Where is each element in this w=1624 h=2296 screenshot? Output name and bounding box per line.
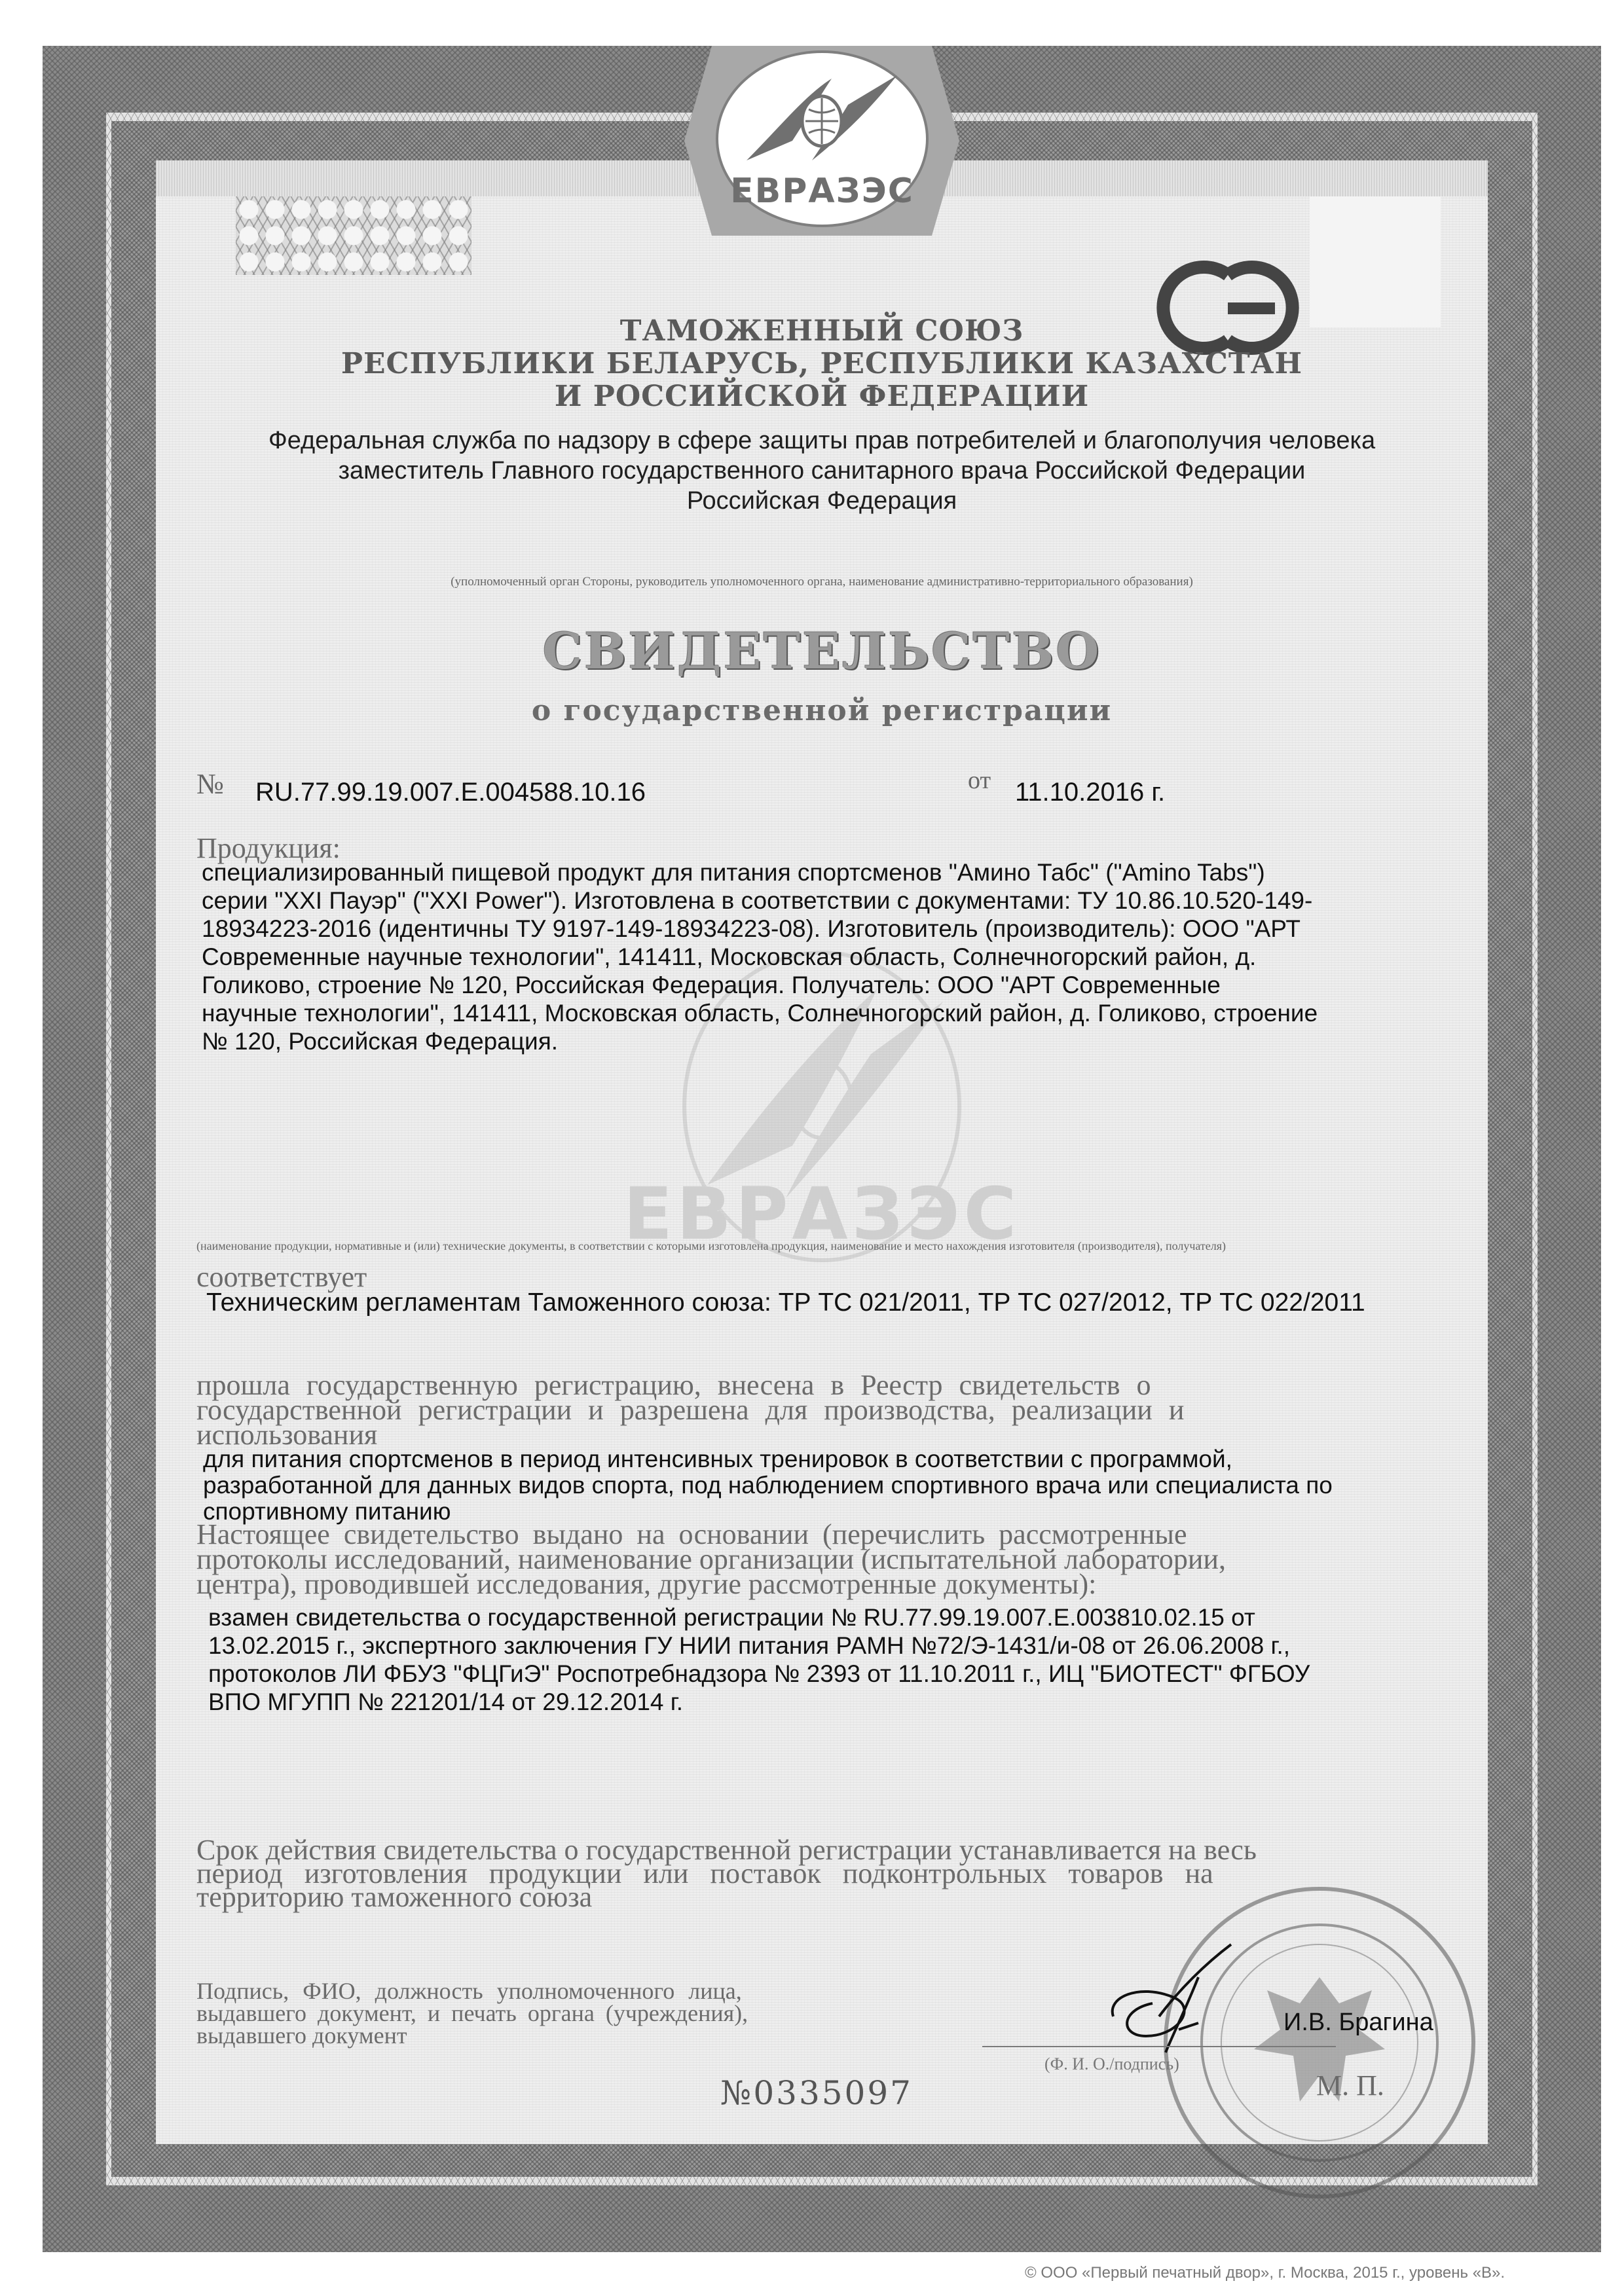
validity-line-3: территорию таможенного союза	[196, 1880, 592, 1914]
registration-date: 11.10.2016 г.	[1015, 778, 1165, 807]
emblem-label: ЕВРАЗЭС	[716, 172, 929, 211]
certificate-title: СВИДЕТЕЛЬСТВО	[156, 622, 1488, 680]
union-title-line-2: РЕСПУБЛИКИ БЕЛАРУСЬ, РЕСПУБЛИКИ КАЗАХСТА…	[156, 347, 1488, 380]
basis-value-line-4: ВПО МГУПП № 221201/14 от 29.12.2014 г.	[208, 1688, 683, 1716]
registration-date-label: от	[968, 766, 991, 795]
security-pattern	[236, 196, 471, 275]
seal-placement-label: М. П.	[1316, 2069, 1384, 2102]
registration-number: RU.77.99.19.007.Е.004588.10.16	[255, 778, 646, 807]
fio-caption: (Ф. И. О./подпись)	[1044, 2054, 1179, 2074]
basis-value-line-2: 13.02.2015 г., экспертного заключения ГУ…	[208, 1632, 1290, 1660]
product-line-5: Голиково, строение № 120, Российская Фед…	[202, 972, 1221, 999]
usage-line-1: для питания спортсменов в период интенси…	[203, 1446, 1232, 1473]
signature-line	[982, 2046, 1336, 2047]
form-serial-number: №0335097	[720, 2074, 913, 2112]
product-line-7: № 120, Российская Федерация.	[202, 1028, 558, 1055]
product-line-1: специализированный пищевой продукт для п…	[202, 859, 1265, 886]
authority-line-2: заместитель Главного государственного са…	[156, 457, 1488, 485]
product-line-4: Современные научные технологии", 141411,…	[202, 943, 1256, 971]
authority-line-1: Федеральная служба по надзору в сфере за…	[156, 427, 1488, 455]
basis-value-line-1: взамен свидетельства о государственной р…	[208, 1604, 1255, 1631]
basis-line-3: центра), проводившей исследования, други…	[196, 1567, 1096, 1601]
printer-copyright: © ООО «Первый печатный двор», г. Москва,…	[1025, 2264, 1505, 2282]
eurasec-emblem-icon	[733, 69, 910, 167]
basis-value-line-3: протоколов ЛИ ФБУЗ "ФЦГиЭ" Роспотребнадз…	[208, 1660, 1310, 1688]
authority-caption: (уполномоченный орган Стороны, руководит…	[156, 575, 1488, 589]
handwritten-signature-icon	[1100, 1938, 1251, 2056]
blank-security-area	[1310, 196, 1441, 327]
product-line-3: 18934223-2016 (идентичны ТУ 9197-149-189…	[202, 915, 1301, 943]
union-title-line-3: И РОССИЙСКОЙ ФЕДЕРАЦИИ	[156, 380, 1488, 413]
compliance-value: Техническим регламентам Таможенного союз…	[206, 1288, 1365, 1317]
certificate-subtitle: о государственной регистрации	[156, 694, 1488, 727]
product-caption: (наименование продукции, нормативные и (…	[196, 1239, 1226, 1253]
authority-line-3: Российская Федерация	[156, 487, 1488, 515]
product-line-2: серии "XXI Пауэр" ("XXI Power"). Изготов…	[202, 887, 1312, 915]
usage-line-2: разработанной для данных видов спорта, п…	[203, 1472, 1333, 1499]
union-title-line-1: ТАМОЖЕННЫЙ СОЮЗ	[156, 314, 1488, 348]
product-line-6: научные технологии", 141411, Московская …	[202, 1000, 1318, 1027]
signer-name: И.В. Брагина	[1283, 2009, 1433, 2037]
signature-label-line-3: выдавшего документ	[196, 2022, 407, 2049]
registration-number-label: №	[196, 767, 224, 801]
